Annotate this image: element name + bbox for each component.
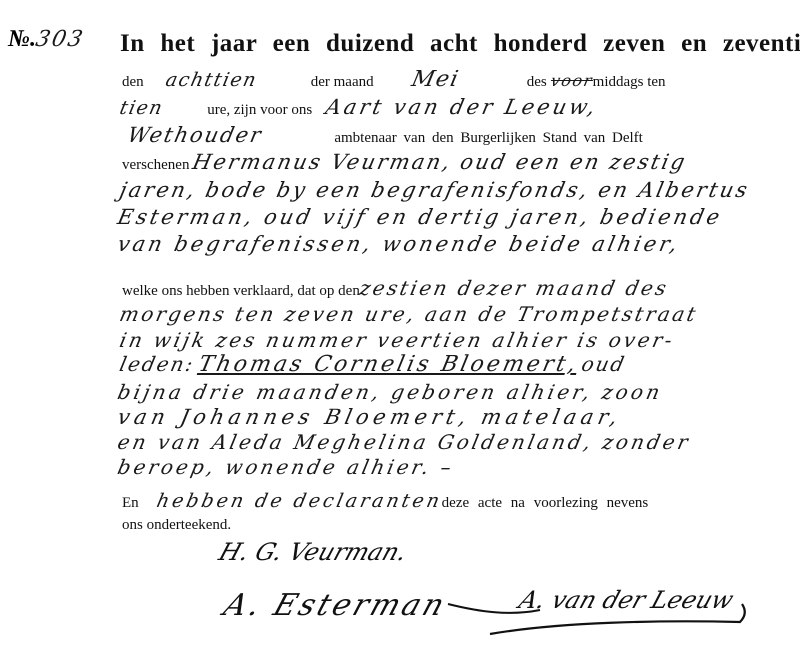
handwritten-line: en van Aleda Meghelina Goldenland, zonde… <box>118 430 690 454</box>
handwritten-witness-1: Hermanus Veurman, oud een en zestig <box>191 150 690 174</box>
certificate-page: №.303 In het jaar een duizend acht honde… <box>0 0 800 650</box>
deceased-line: leden: Thomas Cornelis Bloemert, oud <box>120 352 625 377</box>
static-text: der maand <box>311 74 374 90</box>
handwritten-line: van Johannes Bloemert, matelaar, <box>118 405 621 429</box>
handwritten-day: achttien <box>163 69 259 91</box>
signature-flourish <box>440 590 760 640</box>
witness-line: verschenen Hermanus Veurman, oud een en … <box>122 150 687 174</box>
handwritten-text: hebben de declaranten <box>154 490 444 512</box>
handwritten-text: in wijk zes nummer veertien alhier is ov… <box>117 328 677 352</box>
handwritten-text: beroep, wonende alhier. – <box>115 455 456 479</box>
handwritten-text: oud <box>579 352 628 376</box>
static-text: deze acte na voorlezing nevens <box>442 495 649 511</box>
date-line: den achttien der maand Mei des voormidda… <box>122 67 666 92</box>
handwritten-mother: en van Aleda Meghelina Goldenland, zonde… <box>115 430 693 454</box>
static-text: den <box>122 74 144 90</box>
heading-line: In het jaar een duizend acht honderd zev… <box>120 30 800 58</box>
official-line: tien ure, zijn voor ons Aart van der Lee… <box>120 95 598 119</box>
office-line: Wethouder ambtenaar van den Burgerlijken… <box>128 123 643 147</box>
static-text: verschenen <box>122 157 189 173</box>
static-text: welke ons hebben verklaard, dat op den <box>122 283 360 299</box>
handwritten-father: van Johannes Bloemert, matelaar, <box>115 405 624 429</box>
handwritten-deceased-name: Thomas Cornelis Bloemert, <box>196 352 581 377</box>
handwritten-line: morgens ten zeven ure, aan de Trompetstr… <box>120 302 698 326</box>
handwritten-line: Esterman, oud vijf en dertig jaren, bedi… <box>118 205 722 229</box>
static-text: ambtenaar van den Burgerlijken Stand van… <box>334 130 642 146</box>
static-text: middags ten <box>593 74 666 90</box>
handwritten-line: beroep, wonende alhier. – <box>118 455 454 479</box>
handwritten-hour: tien <box>118 97 166 119</box>
signature-text: H. G. Veurman. <box>215 538 410 566</box>
handwritten-witness-2: Esterman, oud vijf en dertig jaren, bedi… <box>115 205 724 229</box>
handwritten-line: jaren, bode by een begrafenisfonds, en A… <box>120 178 749 202</box>
record-number-label: №. <box>8 26 36 52</box>
declaration-line: welke ons hebben verklaard, dat op denze… <box>122 276 668 300</box>
signature-text: A. Esterman <box>219 588 451 623</box>
record-number: №.303 <box>8 26 84 53</box>
record-number-value: 303 <box>33 27 86 52</box>
handwritten-text: jaren, bode by een begrafenisfonds, en A… <box>117 178 751 202</box>
handwritten-text: leden: <box>117 352 197 376</box>
handwritten-official-name: Aart van der Leeuw, <box>324 95 601 119</box>
handwritten-line: bijna drie maanden, geboren alhier, zoon <box>118 380 663 404</box>
handwritten-title: Wethouder <box>125 123 264 147</box>
handwritten-line: in wijk zes nummer veertien alhier is ov… <box>120 328 675 352</box>
handwritten-line: van begrafenissen, wonende beide alhier, <box>118 232 680 256</box>
closing-line-2: ons onderteekend. <box>122 517 231 534</box>
handwritten-month: Mei <box>409 67 461 92</box>
handwritten-text: bijna drie maanden, geboren alhier, zoon <box>115 380 665 404</box>
handwritten-text: morgens ten zeven ure, aan de Trompetstr… <box>117 302 700 326</box>
signature-esterman: A. Esterman <box>225 588 446 623</box>
handwritten-text: van begrafenissen, wonende beide alhier, <box>115 232 682 256</box>
handwritten-date: zestien dezer maand des <box>357 276 670 300</box>
signature-veurman: H. G. Veurman. <box>220 538 406 566</box>
static-text: des <box>527 74 547 90</box>
static-text: ure, zijn voor ons <box>207 102 312 118</box>
closing-line: En hebben de declarantendeze acte na voo… <box>122 490 648 512</box>
handwritten-struck: voor <box>549 71 595 90</box>
static-text: En <box>122 495 139 511</box>
